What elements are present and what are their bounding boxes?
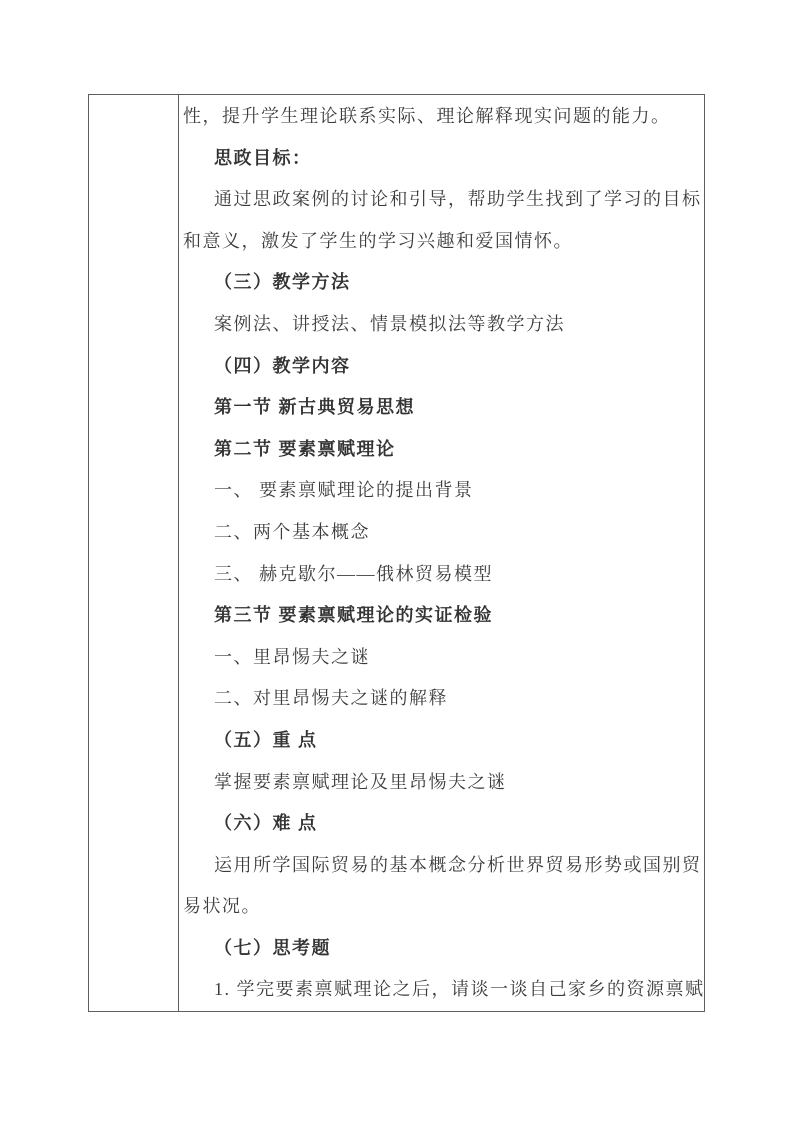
paragraph-line: 案例法、讲授法、情景模拟法等教学方法 (183, 304, 701, 346)
section-title-line: 第二节 要素禀赋理论 (183, 429, 701, 471)
heading-line: （七）思考题 (183, 928, 701, 970)
list-item-line: 一、里昂惕夫之谜 (183, 637, 701, 679)
document-page: { "colors": { "page_background": "#fffff… (0, 0, 794, 1123)
list-item-line: 一、 要素禀赋理论的提出背景 (183, 470, 701, 512)
paragraph-line: 通过思政案例的讨论和引导，帮助学生找到了学习的目标 (183, 179, 701, 221)
paragraph-line: 掌握要素禀赋理论及里昂惕夫之谜 (183, 762, 701, 804)
heading-line: （五）重 点 (183, 720, 701, 762)
table-right-cell: 性，提升学生理论联系实际、理论解释现实问题的能力。 思政目标： 通过思政案例的讨… (179, 95, 704, 1011)
paragraph-line: 性，提升学生理论联系实际、理论解释现实问题的能力。 (183, 96, 701, 138)
heading-line: （六）难 点 (183, 803, 701, 845)
list-item-line: 二、对里昂惕夫之谜的解释 (183, 678, 701, 720)
heading-line: （三）教学方法 (183, 262, 701, 304)
heading-line: 思政目标： (183, 138, 701, 180)
paragraph-line: 易状况。 (183, 886, 701, 928)
list-item-line: 1. 学完要素禀赋理论之后，请谈一谈自己家乡的资源禀赋状 (183, 969, 701, 1011)
page-background: 性，提升学生理论联系实际、理论解释现实问题的能力。 思政目标： 通过思政案例的讨… (0, 0, 794, 1123)
section-title-line: 第一节 新古典贸易思想 (183, 387, 701, 429)
list-item-line: 二、两个基本概念 (183, 512, 701, 554)
section-title-line: 第三节 要素禀赋理论的实证检验 (183, 595, 701, 637)
paragraph-line: 和意义，激发了学生的学习兴趣和爱国情怀。 (183, 221, 701, 263)
lesson-plan-table: 性，提升学生理论联系实际、理论解释现实问题的能力。 思政目标： 通过思政案例的讨… (88, 94, 705, 1012)
heading-line: （四）教学内容 (183, 346, 701, 388)
list-item-line: 三、 赫克歇尔——俄林贸易模型 (183, 554, 701, 596)
table-left-cell (89, 95, 179, 1011)
paragraph-line: 运用所学国际贸易的基本概念分析世界贸易形势或国别贸 (183, 845, 701, 887)
